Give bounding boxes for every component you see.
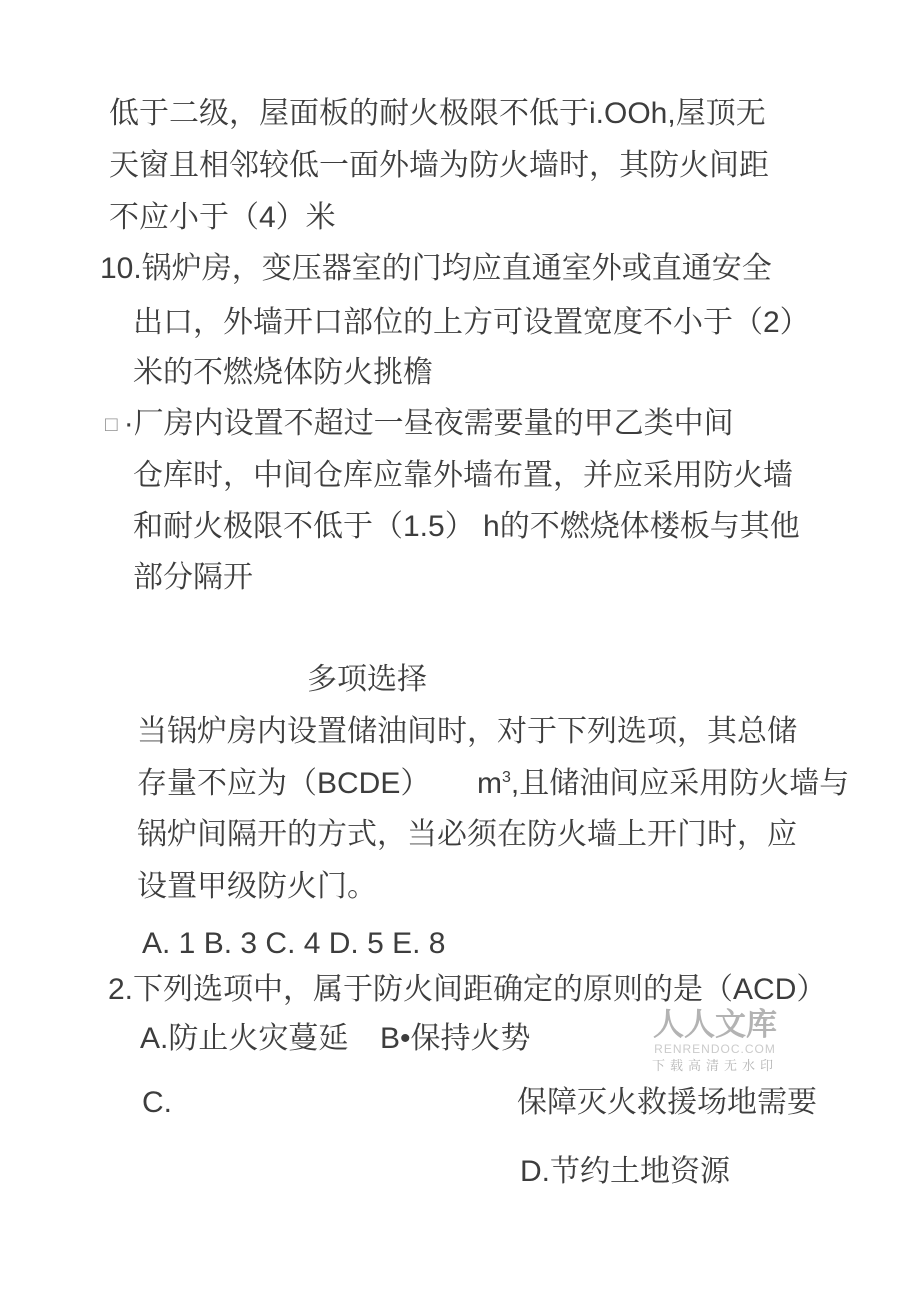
question-11-line: 和耐火极限不低于（1.5） h的不燃烧体楼板与其他 (133, 508, 800, 546)
mc1-line: 锅炉间隔开的方式，当必须在防火墙上开门时，应 (137, 816, 797, 854)
question-10-line: 10.锅炉房，变压器室的门均应直通室外或直通安全 (100, 250, 772, 288)
section-heading: 多项选择 (307, 661, 427, 699)
watermark-domain: RENRENDOC.COM (648, 1043, 782, 1056)
question-10-line: 米的不燃烧体防火挑檐 (133, 354, 433, 392)
mc1-line: 当锅炉房内设置储油间时，对于下列选项，其总储 (137, 713, 797, 751)
mc1-line-right: m3,且储油间应采用防火墙与 (477, 765, 849, 803)
question-10-line: 出口，外墙开口部位的上方可设置宽度不小于（2） (133, 304, 810, 342)
mc2-option-a: A.防止火灾蔓延 (140, 1020, 348, 1058)
watermark-logo-text: 人人文库 (648, 1008, 782, 1041)
mc2-option-c-label: C. (142, 1084, 172, 1122)
mc2-option-d: D.节约土地资源 (520, 1153, 730, 1191)
question-11-line: □·厂房内设置不超过一昼夜需要量的甲乙类中间 (105, 405, 734, 444)
paragraph-line: 低于二级，屋面板的耐火极限不低于i.OOh,屋顶无 (109, 95, 766, 133)
missing-glyph-bullet: □ (105, 413, 118, 436)
mc2-option-b: B•保持火势 (380, 1020, 531, 1058)
mc1-options: A. 1 B. 3 C. 4 D. 5 E. 8 (142, 925, 445, 963)
question-11-line: 仓库时，中间仓库应靠外墙布置，并应采用防火墙 (133, 457, 793, 495)
paragraph-line: 天窗且相邻较低一面外墙为防火墙时，其防火间距 (109, 147, 769, 185)
mc1-line-right-text: ,且储油间应采用防火墙与 (511, 767, 849, 800)
question-11-line: 部分隔开 (133, 559, 253, 597)
mc1-line-left: 存量不应为（BCDE） (137, 765, 430, 803)
document-page: 低于二级，屋面板的耐火极限不低于i.OOh,屋顶无 天窗且相邻较低一面外墙为防火… (0, 0, 920, 1301)
paragraph-line: 不应小于（4）米 (109, 199, 336, 237)
unit-m: m (477, 767, 502, 800)
watermark-tagline: 下载高清无水印 (648, 1059, 782, 1073)
mc1-line: 设置甲级防火门。 (137, 868, 377, 906)
mc2-question: 2.下列选项中，属于防火间距确定的原则的是（ACD） (108, 971, 826, 1009)
mc2-option-c-text: 保障灭火救援场地需要 (517, 1084, 817, 1122)
watermark: 人人文库 RENRENDOC.COM 下载高清无水印 (648, 1008, 782, 1073)
unit-superscript-3: 3 (502, 769, 511, 786)
question-11-text: ·厂房内设置不超过一昼夜需要量的甲乙类中间 (124, 407, 734, 440)
